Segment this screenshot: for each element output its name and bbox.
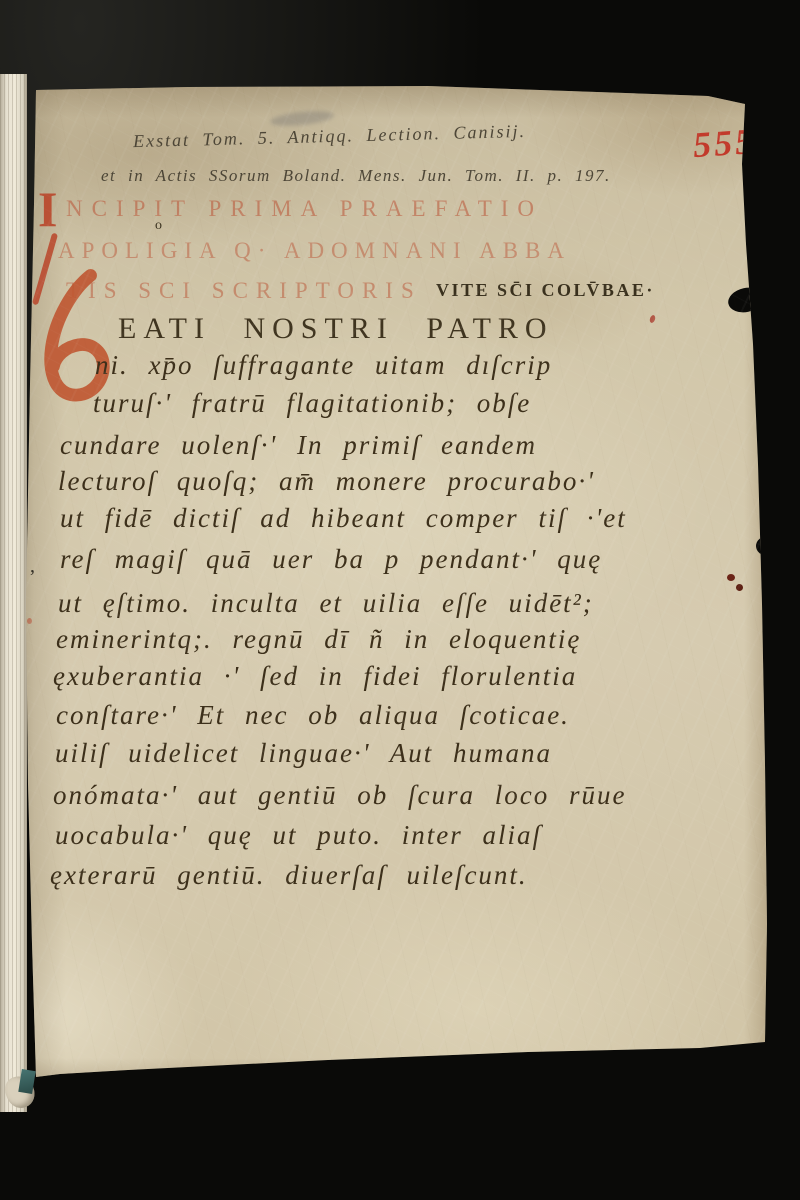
body-line: cundare uolenſ·' In primiſ eandem: [60, 432, 537, 459]
title-ink: VITE SC̄I COLV̄BAE·: [436, 280, 655, 301]
margin-ink-dot: [727, 574, 735, 581]
superscript-o-mark: o: [155, 218, 162, 234]
red-fleck: [649, 314, 656, 323]
decorated-initial-b: [28, 266, 116, 408]
book-fore-edge: [0, 74, 27, 1112]
manuscript-page: Exstat Tom. 5. Antiqq. Lection. Canisij.…: [8, 84, 770, 1088]
rubric-line-1: NCIPIT PRIMA PRAEFATIO: [66, 196, 543, 222]
page-edge-notch: [726, 285, 766, 316]
rubric-line-3: TIS SCI SCRIPTORIS: [66, 278, 422, 304]
body-line: reſ magiſ quā uer ba p pendant·' quę: [60, 546, 602, 573]
body-line: onómata·' aut gentiū ob ſcura loco rūue: [53, 782, 626, 809]
body-line: ęxuberantia ·' ſed in fidei florulentia: [53, 663, 577, 690]
body-line: lecturoſ quoſq; am̄ monere procurabo·': [58, 468, 595, 495]
body-line: turuſ·' fratrū flagitationib; obſe: [93, 390, 531, 417]
page-edge-notch: [756, 536, 780, 556]
opening-capitals: EATI NOSTRI PATRO: [118, 312, 554, 346]
folio-number: 555: [692, 120, 758, 166]
librarian-note-line1: Exstat Tom. 5. Antiqq. Lection. Canisij.: [133, 121, 526, 152]
margin-red-dot: [27, 618, 32, 624]
margin-ink-dot: [736, 584, 743, 591]
body-line: ut fidē dictiſ ad hibeant comper tiſ ·'e…: [60, 505, 627, 532]
body-line: conſtare·' Et nec ob aliqua ſcoticae.: [56, 702, 570, 729]
rubric-line-2: APOLIGIA Q· ADOMNANI ABBA: [58, 238, 571, 264]
rubric-initial-i: I: [38, 184, 57, 234]
body-line: ut ęſtimo. inculta et uilia eſſe uidēt²;: [58, 590, 594, 617]
margin-comma-mark: ’: [29, 566, 36, 589]
body-line: ęxterarū gentiū. diuerſaſ uileſcunt.: [50, 862, 528, 889]
photo-backdrop: Exstat Tom. 5. Antiqq. Lection. Canisij.…: [0, 0, 800, 1200]
body-line: uocabula·' quę ut puto. inter aliaſ: [55, 822, 542, 849]
body-line: eminerintq;. regnū dī ñ in eloquentię: [56, 626, 581, 653]
librarian-note-line2: et in Actis SSorum Boland. Mens. Jun. To…: [101, 166, 611, 186]
body-line: ni. xp̄o ſuffragante uitam dıſcrip: [95, 352, 552, 379]
body-line: uiliſ uidelicet linguae·' Aut humana: [55, 740, 552, 767]
